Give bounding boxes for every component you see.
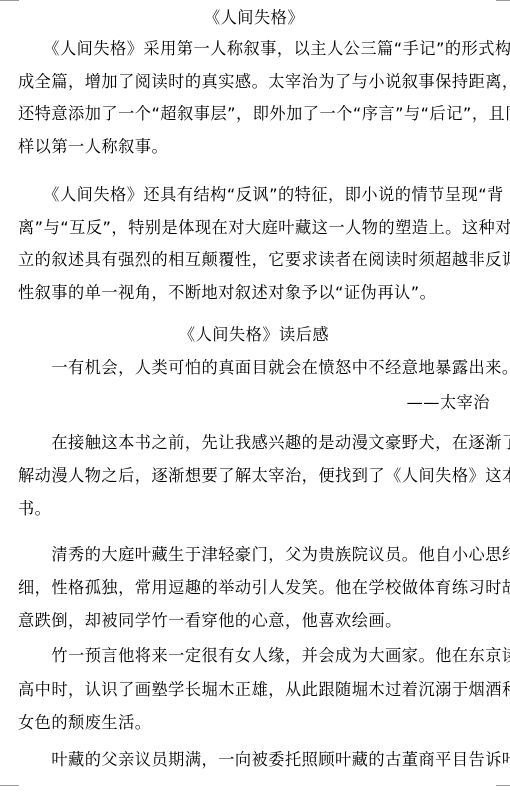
section-title-1: 《人间失格》 — [18, 8, 490, 28]
crop-mark-bottom-right — [496, 785, 510, 786]
quote-line: 一有机会，人类可怕的真面目就会在愤怒中不经意地暴露出来。 — [18, 358, 490, 378]
crop-mark-top-left — [0, 0, 19, 1]
paragraph-line: 高中时，认识了画塾学长堀木正雄，从此跟随堀木过着沉溺于烟酒和 — [18, 680, 490, 700]
paragraph-line: 性叙事的单一视角，不断地对叙述对象予以“证伪再认”。 — [18, 283, 490, 303]
section-title-2: 《人间失格》读后感 — [18, 325, 490, 345]
crop-mark-bottom-left — [0, 785, 19, 786]
paragraph-line: 样以第一人称叙事。 — [18, 137, 490, 157]
paragraph-line: 《人间失格》还具有结构“反讽”的特征，即小说的情节呈现“背 — [18, 185, 490, 205]
paragraph-line: 离”与“互反”，特别是体现在对大庭叶藏这一人物的塑造上。这种对 — [18, 218, 490, 238]
paragraph-line: 《人间失格》采用第一人称叙事，以主人公三篇“手记”的形式构 — [18, 39, 490, 59]
paragraph-line: 女色的颓废生活。 — [18, 713, 490, 733]
paragraph-line: 叶藏的父亲议员期满，一向被委托照顾叶藏的古董商平目告诉叶 — [18, 750, 490, 770]
paragraph-line: 立的叙述具有强烈的相互颠覆性，它要求读者在阅读时须超越非反讽 — [18, 250, 490, 270]
paragraph-line: 书。 — [18, 499, 490, 519]
paragraph-line: 在接触这本书之前，先让我感兴趣的是动漫文豪野犬，在逐渐了 — [18, 433, 490, 453]
paragraph-line: 竹一预言他将来一定很有女人缘，并会成为大画家。他在东京读 — [18, 646, 490, 666]
paragraph-line: 细，性格孤独，常用逗趣的举动引人发笑。他在学校做体育练习时故 — [18, 578, 490, 598]
crop-mark-top-right — [496, 0, 510, 1]
paragraph-line: 还特意添加了一个“超叙事层”，即外加了一个“序言”与“后记”，且同 — [18, 104, 490, 124]
paragraph-line: 解动漫人物之后，逐渐想要了解太宰治，便找到了《人间失格》这本 — [18, 466, 490, 486]
paragraph-line: 清秀的大庭叶藏生于津轻豪门，父为贵族院议员。他自小心思纤 — [18, 545, 490, 565]
paragraph-line: 意跌倒，却被同学竹一看穿他的心意，他喜欢绘画。 — [18, 611, 490, 631]
paragraph-line: 成全篇，增加了阅读时的真实感。太宰治为了与小说叙事保持距离， — [18, 72, 490, 92]
quote-author: ——太宰治 — [18, 393, 490, 413]
